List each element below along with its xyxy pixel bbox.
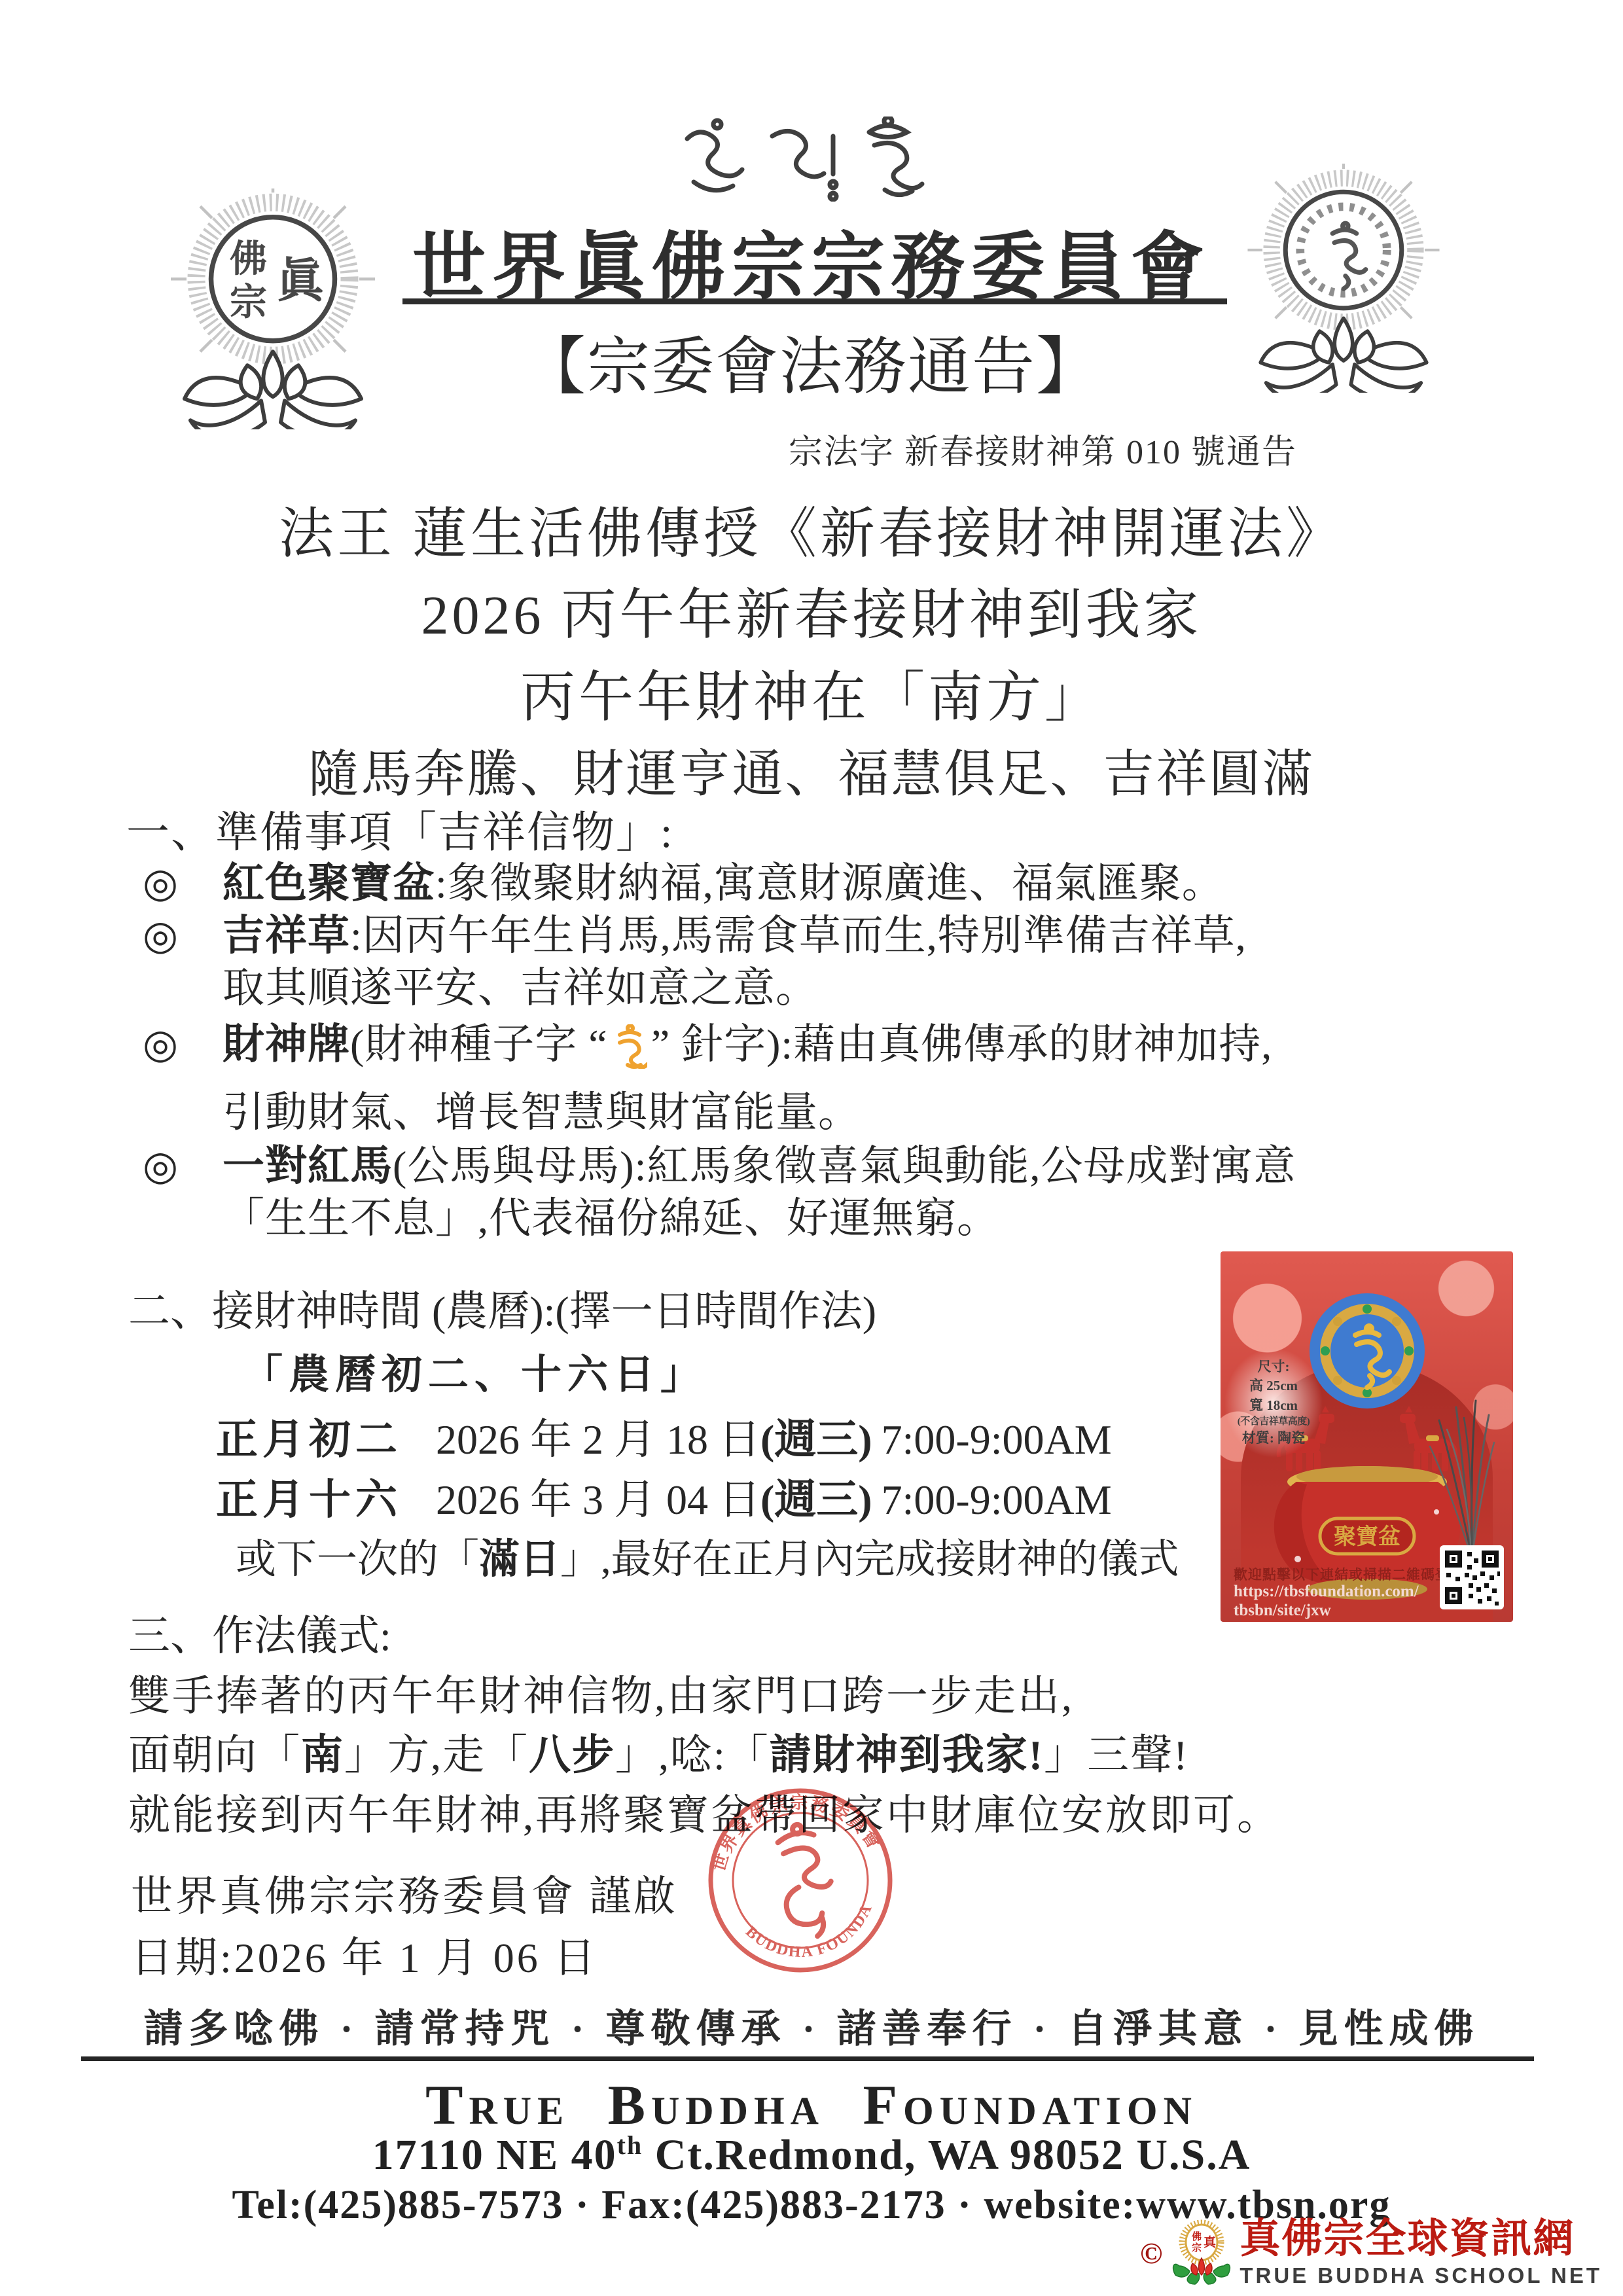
item-text: :因丙午年生肖馬,馬需食草而生,特別準備吉祥草, [350,912,1247,959]
bold-eight-steps: 八步 [529,1732,615,1778]
double-circle-bullet-icon: ◎ [143,1014,179,1075]
item-text: ” 針字):藉由真佛傳承的財神加持, [651,1021,1273,1067]
item-text-line2: 取其順遂平安、吉祥如意之意。 [223,962,1531,1014]
item-label: 紅色聚寶盆 [223,860,435,906]
item-text: (財神種子字 “ [350,1021,608,1067]
copyright-icon: © [1140,2236,1162,2270]
list-item-auspicious-grass: ◎ 吉祥草:因丙午年生肖馬,馬需食草而生,特別準備吉祥草, 取其順遂平安、吉祥如… [131,910,1531,1014]
list-item-treasure-bowl: ◎ 紅色聚寶盆:象徵聚財納福,寓意財源廣進、福氣匯聚。 [131,857,1531,910]
true-buddha-foundation-seal: 世界真佛宗宗務委員會 TRUE BUDDHA FOUNDATION [686,1766,915,1995]
seal-seed-syllable-icon [776,1821,838,1939]
title-line-4: 隨馬奔騰、財運亨通、福慧俱足、吉祥圓滿 [0,733,1623,806]
doc-number: 宗法字 新春接財神第 010 號通告 [789,424,1297,473]
list-item-wealth-god-plaque: ◎ 財神牌(財神種子字 “” 針字):藉由真佛傳承的財神加持, 引動財氣、增長智… [131,1014,1531,1140]
text: 面朝向「 [128,1732,301,1778]
title-line-2: 2026 丙午年新春接財神到我家 [0,571,1623,650]
promo-image: 聚寶盆 尺寸: 高 25cm [1221,1251,1513,1622]
lunar-date-label: 正月初二 [216,1416,402,1463]
item-text-line2: 「生生不息」,代表福份綿延、好運無窮。 [223,1193,1531,1245]
size-title: 尺寸: [1226,1357,1321,1376]
signoff-line: 世界真佛宗宗務委員會 謹啟 [131,1863,678,1923]
motto-line: 請多唸佛 · 請常持咒 · 尊敬傳承 · 諸善奉行 · 自淨其意 · 見性成佛 [0,1998,1623,2054]
org-title: 世界眞佛宗宗務委員會 [0,208,1623,314]
section1-heading: 一、準備事項「吉祥信物」: [126,797,673,859]
material-note: 材質: 陶瓷 [1226,1429,1321,1448]
weekday-text: (週三) [760,1416,872,1463]
tbsn-brand: © 佛 宗 真 真佛 [1140,2217,1602,2289]
svg-text:宗: 宗 [1192,2242,1202,2253]
text: 」方,走「 [344,1732,529,1778]
schedule-row-2: 正月十六2026 年 3 月 04 日(週三)7:00-9:00AM [216,1466,1112,1526]
weekday-text: (週三) [760,1477,872,1523]
item-label: 吉祥草 [223,912,350,959]
size-height: 高 25cm [1226,1376,1321,1395]
text: 」三聲! [1044,1732,1188,1778]
bold-invocation: 請財神到我家! [770,1732,1044,1778]
schedule-row-1: 正月初二2026 年 2 月 18 日(週三)7:00-9:00AM [216,1406,1112,1466]
date-text: 2026 年 2 月 18 日 [436,1416,760,1463]
section3-line2: 面朝向「南」方,走「八步」,唸:「請財神到我家!」三聲! [128,1721,1188,1782]
lunar-date-label: 正月十六 [216,1477,402,1523]
address-text: Ct.Redmond, WA 98052 U.S.A [643,2131,1251,2179]
double-circle-bullet-icon: ◎ [143,1140,179,1193]
signoff-date: 日期:2026 年 1 月 06 日 [131,1924,598,1984]
promo-url: https://tbsfoundation.com/ tbsbn/site/jx… [1234,1583,1419,1621]
item-text: (公馬與母馬):紅馬象徵喜氣與動能,公母成對寓意 [393,1143,1296,1189]
address-ordinal: th [617,2130,643,2160]
tbsn-brand-cn: 真佛宗全球資訊網 [1240,2219,1602,2259]
list-item-pair-of-red-horses: ◎ 一對紅馬(公馬與母馬):紅馬象徵喜氣與動能,公母成對寓意 「生生不息」,代表… [131,1140,1531,1245]
svg-text:真: 真 [1204,2234,1217,2250]
bold-south: 南 [301,1732,344,1778]
qr-code [1440,1545,1504,1613]
promo-cta-text: 歡迎點擊以下連結或掃描二維碼登入 [1234,1564,1464,1584]
section2-subline: 「農曆初二、十六日」 [242,1342,707,1400]
address-text: 17110 NE 40 [372,2131,617,2179]
note-text: 或下一次的「 [236,1537,479,1582]
notice-page: 佛 宗 眞 [0,0,1623,2296]
section3-heading: 三、作法儀式: [128,1602,391,1662]
time-text: 7:00-9:00AM [882,1416,1112,1463]
svg-text:佛: 佛 [1191,2231,1202,2242]
item-text-line2: 引動財氣、增長智慧與財富能量。 [223,1085,1531,1140]
double-circle-bullet-icon: ◎ [143,857,179,910]
size-width: 寬 18cm [1226,1396,1321,1415]
foundation-name-en: True Buddha Foundation [0,2072,1623,2138]
title-line-1: 法王 蓮生活佛傳授《新春接財神開運法》 [0,490,1623,569]
tbsn-lotus-logo-icon: 佛 宗 真 [1170,2217,1233,2289]
item-label: 財神牌 [223,1021,350,1067]
product-size-note: 尺寸: 高 25cm 寬 18cm (不含吉祥草高度) 材質: 陶瓷 [1224,1348,1323,1458]
pot-plaque-label: 聚寶盆 [1334,1524,1400,1549]
om-ah-hum-seed-syllables-icon [674,117,936,205]
promo-url-line1: https://tbsfoundation.com/ [1234,1583,1419,1602]
tbsn-brand-en: TRUE BUDDHA SCHOOL NET [1240,2263,1602,2288]
notice-banner: 【宗委會法務通告】 [0,317,1623,406]
foundation-address: 17110 NE 40th Ct.Redmond, WA 98052 U.S.A [0,2130,1623,2180]
section2-heading: 二、接財神時間 (農曆):(擇一日時間作法) [128,1278,876,1338]
title-line-3: 丙午年財神在「南方」 [0,653,1623,732]
item-label: 一對紅馬 [223,1143,393,1189]
size-exclusion-note: (不含吉祥草高度) [1226,1415,1321,1429]
footer-divider [81,2056,1534,2061]
promo-url-line2: tbsbn/site/jxw [1234,1602,1419,1621]
item-text: :象徵聚財納福,寓意財源廣進、福氣匯聚。 [435,860,1224,906]
section3-line1: 雙手捧著的丙午年財神信物,由家門口跨一步走出, [128,1662,1074,1723]
note-bold: 滿日 [479,1537,560,1582]
title-underline [402,298,1227,304]
section2-note: 或下一次的「滿日」,最好在正月內完成接財神的儀式 [236,1526,1179,1585]
note-text: 」,最好在正月內完成接財神的儀式 [560,1537,1179,1582]
time-text: 7:00-9:00AM [882,1477,1112,1523]
date-text: 2026 年 3 月 04 日 [436,1477,760,1523]
gold-seed-syllable-icon [612,1024,647,1085]
text: 」,唸:「 [615,1732,770,1778]
double-circle-bullet-icon: ◎ [143,910,179,962]
section1-items: ◎ 紅色聚寶盆:象徵聚財納福,寓意財源廣進、福氣匯聚。 ◎ 吉祥草:因丙午年生肖… [131,857,1531,1245]
